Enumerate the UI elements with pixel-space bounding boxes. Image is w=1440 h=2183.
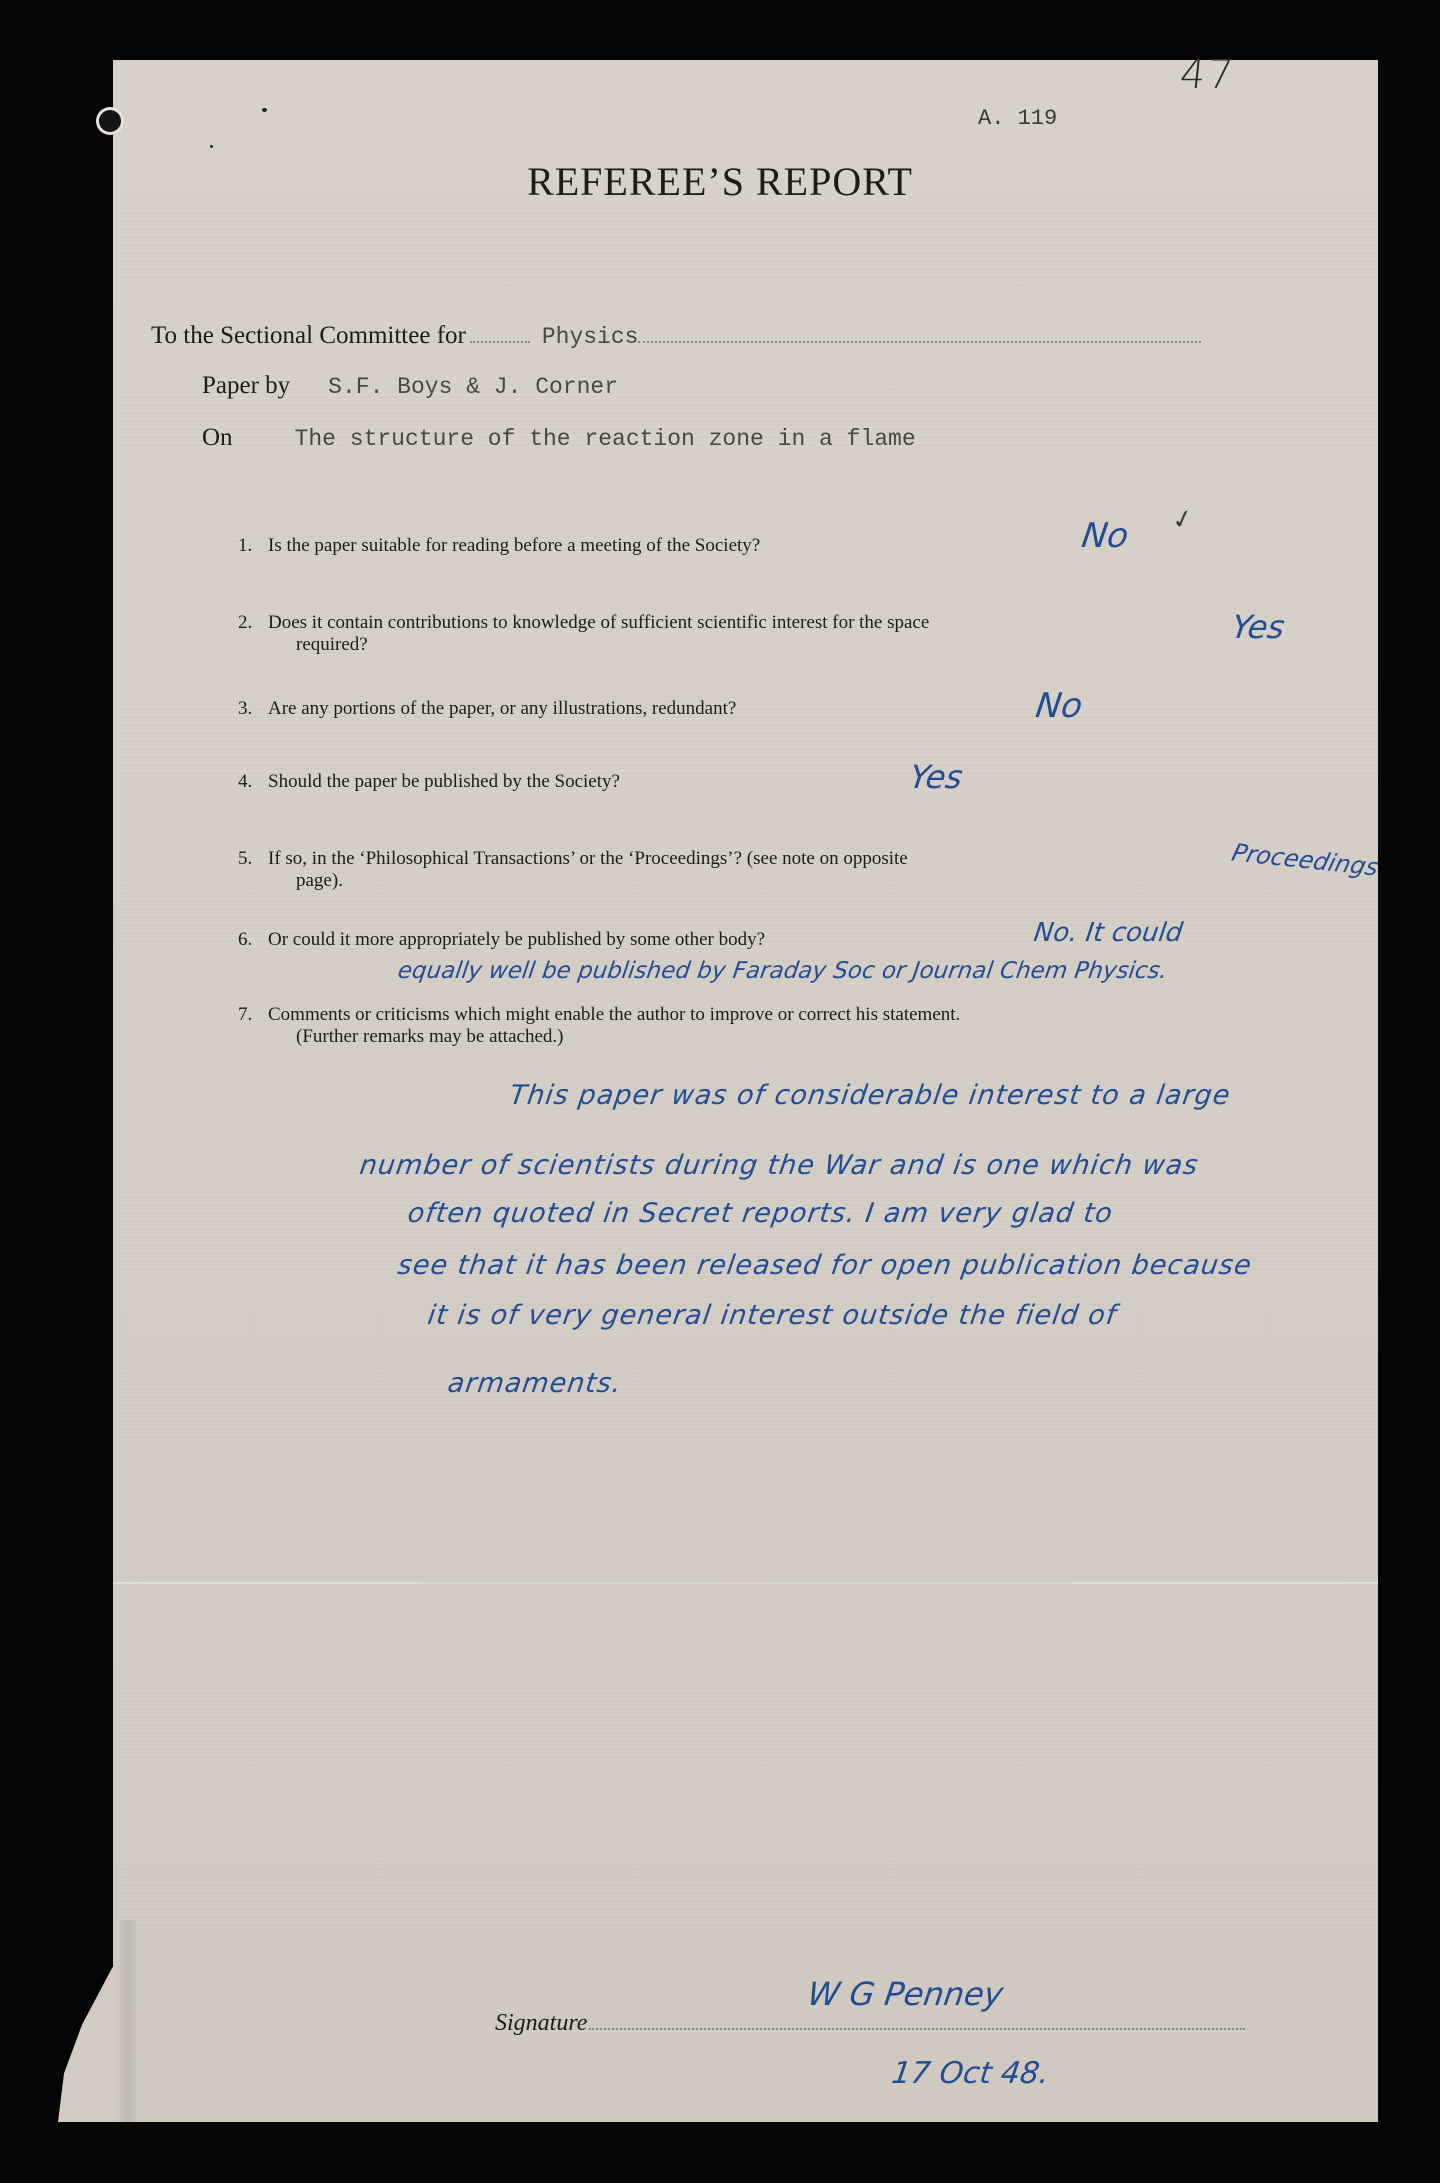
- comment-line-6: armaments.: [446, 1368, 624, 1399]
- dotted-leader: [470, 341, 530, 343]
- question-text-continuation: required?: [268, 634, 1218, 656]
- comment-line-3: often quoted in Secret reports. I am ver…: [406, 1198, 1115, 1229]
- ink-speck: [210, 145, 213, 148]
- question-text-line: Comments or criticisms which might enabl…: [268, 1004, 960, 1025]
- question-text: Is the paper suitable for reading before…: [268, 535, 1218, 557]
- question-7: 7. Comments or criticisms which might en…: [238, 1004, 1218, 1048]
- question-text: Does it contain contributions to knowled…: [268, 612, 1218, 656]
- dotted-leader: [638, 341, 1201, 343]
- answer-2: Yes: [1229, 608, 1287, 646]
- paper-title-label: On: [202, 424, 233, 452]
- question-text: If so, in the ‘Philosophical Transaction…: [268, 848, 1218, 892]
- page-number: 47: [1178, 52, 1238, 98]
- comment-line-2: number of scientists during the War and …: [358, 1150, 1201, 1181]
- question-text: Comments or criticisms which might enabl…: [268, 1004, 1218, 1048]
- question-number: 7.: [238, 1004, 268, 1048]
- answer-3: No: [1033, 686, 1085, 726]
- signature-date: 17 Oct 48.: [890, 2056, 1052, 2091]
- committee-label: To the Sectional Committee for: [151, 322, 466, 350]
- dotted-leader: [589, 2028, 1245, 2030]
- question-number: 1.: [238, 535, 268, 557]
- comment-line-1: This paper was of considerable interest …: [508, 1080, 1233, 1111]
- paper-by-field: Paper by S.F. Boys & J. Corner: [202, 372, 618, 400]
- answer-6-continuation: equally well be published by Faraday Soc…: [396, 958, 1169, 984]
- question-number: 2.: [238, 612, 268, 656]
- answer-4: Yes: [907, 758, 965, 796]
- question-1: 1. Is the paper suitable for reading bef…: [238, 535, 1218, 557]
- paper-by-value: S.F. Boys & J. Corner: [328, 374, 618, 400]
- signature-name: W G Penney: [805, 1975, 1005, 2013]
- torn-paper-corner: [58, 1960, 118, 2122]
- reference-code: A. 119: [978, 106, 1057, 131]
- question-text-continuation: (Further remarks may be attached.): [268, 1026, 1218, 1048]
- edge-crease: [119, 1920, 137, 2122]
- punch-hole: [99, 110, 121, 132]
- question-number: 6.: [238, 929, 268, 951]
- page-title: REFEREE’S REPORT: [0, 158, 1440, 205]
- answer-6: No. It could: [1032, 918, 1185, 948]
- question-number: 5.: [238, 848, 268, 892]
- fold-crease: [113, 1582, 1378, 1584]
- paper-title-field: On The structure of the reaction zone in…: [202, 424, 916, 452]
- signature-field: Signature: [495, 2010, 1245, 2037]
- ink-speck: [262, 108, 267, 112]
- question-4: 4. Should the paper be published by the …: [238, 771, 1218, 793]
- answer-1: No: [1079, 516, 1131, 556]
- question-text-continuation: page).: [268, 870, 1218, 892]
- question-text-line: Does it contain contributions to knowled…: [268, 612, 929, 633]
- committee-value: Physics: [542, 324, 639, 350]
- paper-by-label: Paper by: [202, 372, 290, 400]
- question-text: Should the paper be published by the Soc…: [268, 771, 1218, 793]
- question-number: 3.: [238, 698, 268, 720]
- question-number: 4.: [238, 771, 268, 793]
- paper-title-value: The structure of the reaction zone in a …: [295, 426, 916, 452]
- question-5: 5. If so, in the ‘Philosophical Transact…: [238, 848, 1218, 892]
- comment-line-4: see that it has been released for open p…: [396, 1250, 1254, 1281]
- question-text-line: If so, in the ‘Philosophical Transaction…: [268, 848, 908, 869]
- signature-label: Signature: [495, 2010, 587, 2037]
- question-2: 2. Does it contain contributions to know…: [238, 612, 1218, 656]
- committee-field: To the Sectional Committee for Physics: [151, 322, 1201, 350]
- comment-line-5: it is of very general interest outside t…: [426, 1300, 1119, 1331]
